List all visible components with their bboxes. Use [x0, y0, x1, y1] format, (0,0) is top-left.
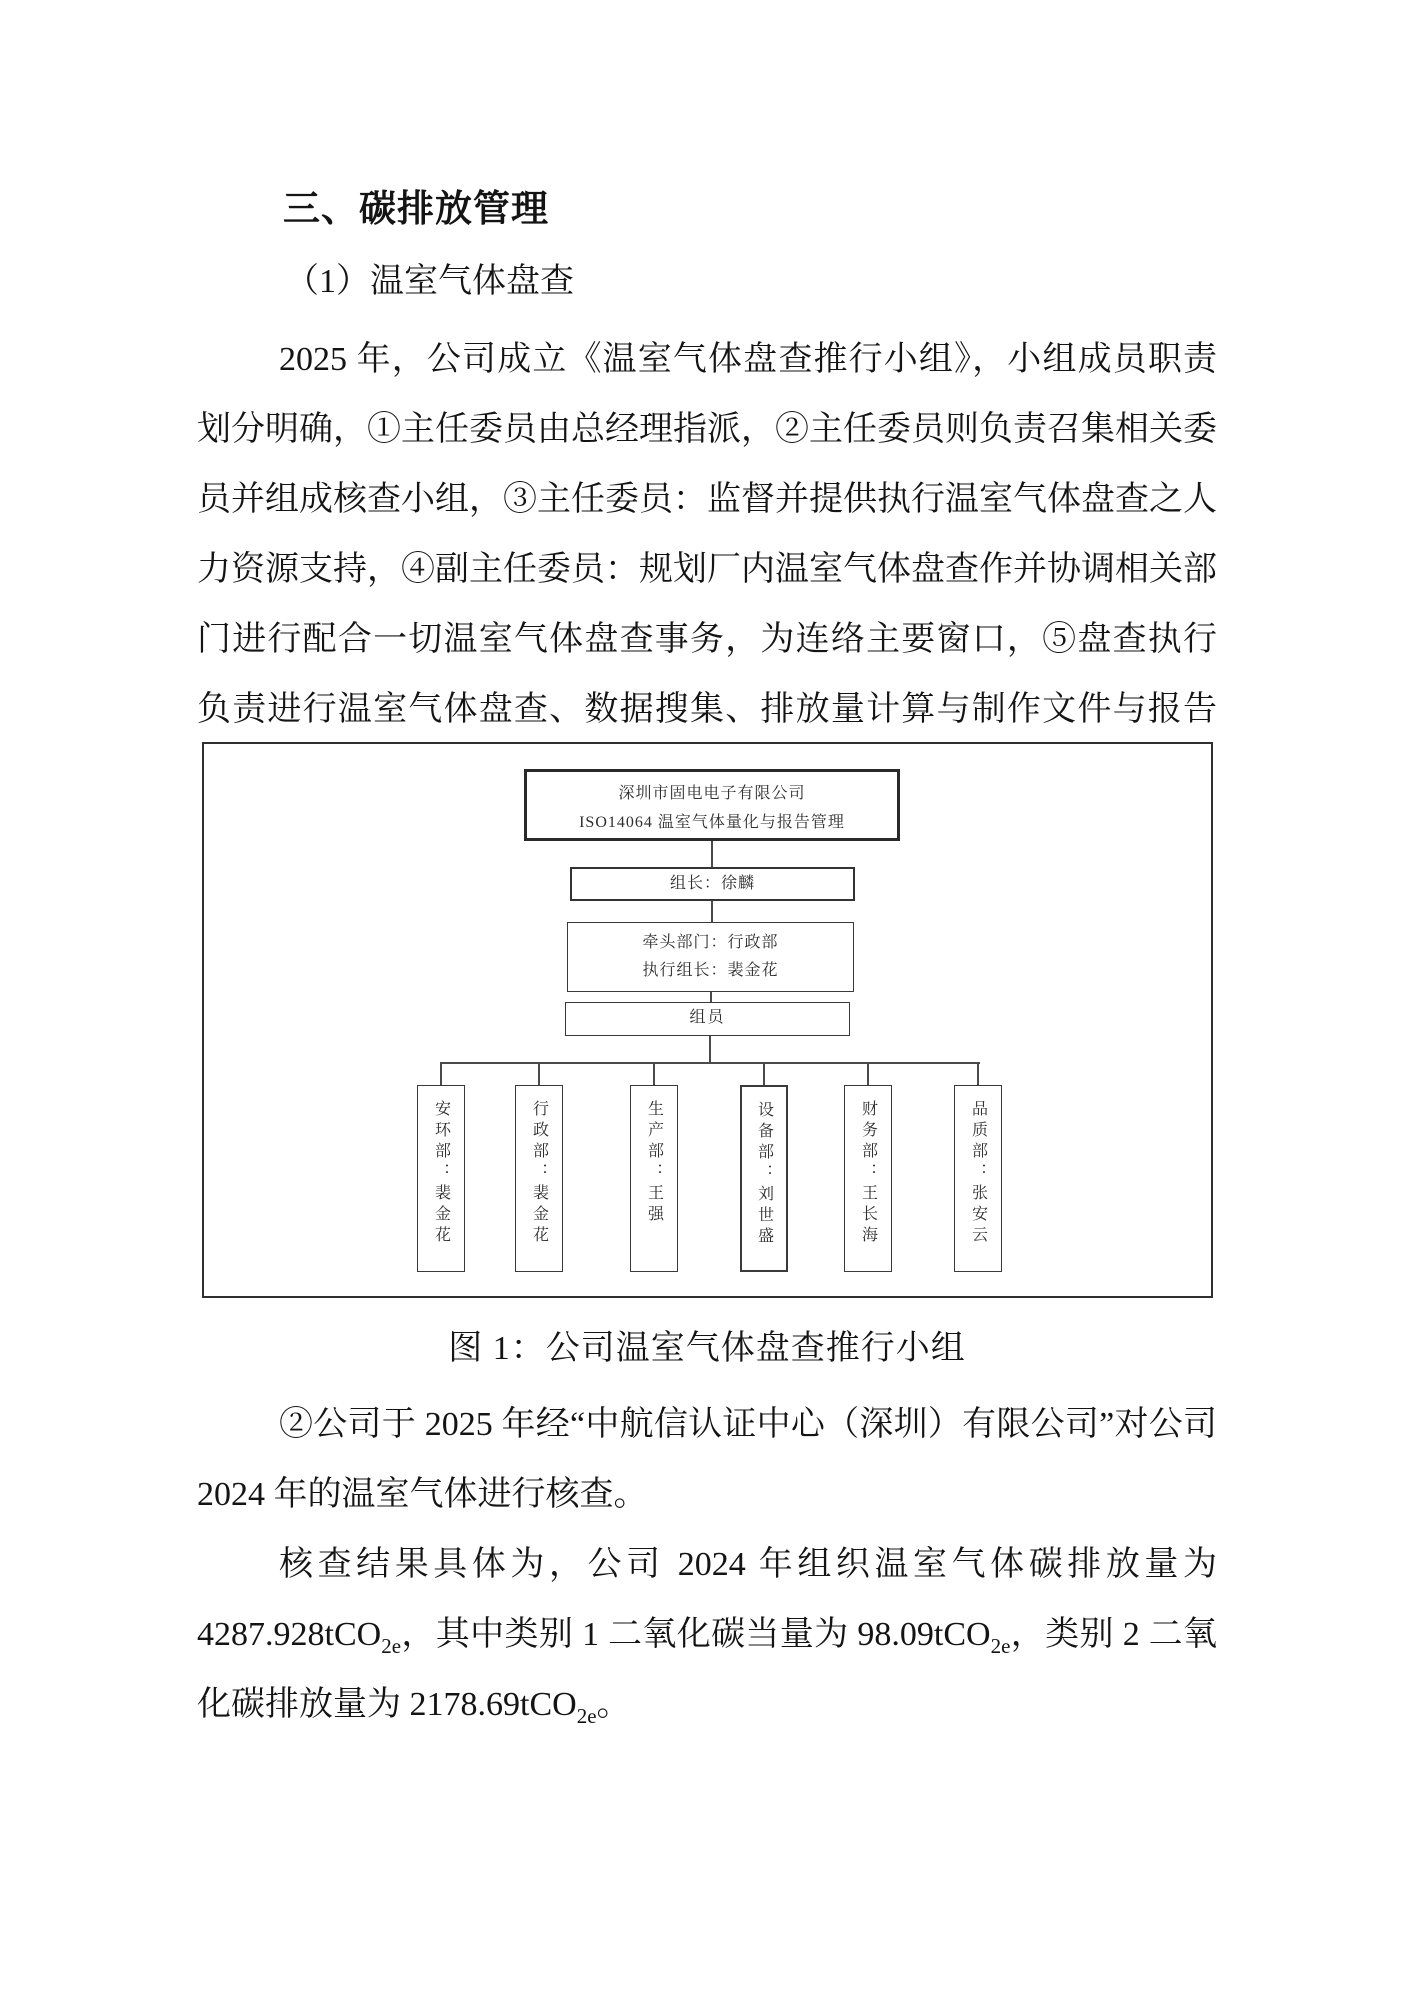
sub-heading: （1）温室气体盘查 — [197, 258, 1217, 306]
emission-cat1: ，其中类别 1 二氧化碳当量为 98.09tCO — [401, 1616, 991, 1653]
org-chart-figure: 深圳市固电电子有限公司 ISO14064 温室气体量化与报告管理 组长：徐麟 牵… — [202, 742, 1213, 1298]
member-label: 行政部：裴金花 — [528, 1100, 551, 1247]
connector-line — [440, 1062, 442, 1085]
org-chart-lead-dept-box: 牵头部门：行政部 执行组长：裴金花 — [567, 922, 854, 992]
body-line: 门进行配合一切温室气体盘查事务，为连络主要窗口，⑤盘查执行组： — [197, 605, 1217, 675]
emission-cat2: 化碳排放量为 2178.69tCO — [197, 1686, 577, 1723]
org-chart-member-box: 安环部：裴金花 — [417, 1085, 465, 1272]
emission-total: 4287.928tCO — [197, 1616, 381, 1653]
chart-system-title: ISO14064 温室气体量化与报告管理 — [527, 808, 897, 837]
body-line: 员并组成核查小组，③主任委员：监督并提供执行温室气体盘查之人 — [197, 465, 1217, 535]
member-label: 安环部：裴金花 — [430, 1100, 453, 1247]
body-line: 化碳排放量为 2178.69tCO2e。 — [197, 1670, 1217, 1740]
connector-line — [711, 841, 713, 867]
exec-leader-line: 执行组长：裴金花 — [568, 957, 853, 985]
body-line: 2025 年，公司成立《温室气体盘查推行小组》，小组成员职责 — [197, 325, 1217, 395]
emission-cat2-lead: ，类别 2 二氧 — [1010, 1616, 1217, 1653]
connector-line — [977, 1062, 979, 1085]
co2e-subscript: 2e — [381, 1634, 401, 1658]
sentence-end: 。 — [597, 1686, 631, 1723]
co2e-subscript: 2e — [991, 1634, 1011, 1658]
org-chart-members-box: 组员 — [565, 1002, 850, 1036]
connector-line — [710, 992, 712, 1002]
connector-line — [709, 1036, 711, 1062]
body-line: ②公司于 2025 年经“中航信认证中心（深圳）有限公司”对公司 — [197, 1390, 1217, 1460]
connector-line — [441, 1062, 980, 1064]
connector-line — [867, 1062, 869, 1085]
org-chart-leader-box: 组长：徐麟 — [570, 867, 855, 901]
body-line: 核查结果具体为，公司 2024 年组织温室气体碳排放量为 — [197, 1530, 1217, 1600]
member-label: 生产部：王强 — [643, 1100, 666, 1226]
member-label: 品质部：张安云 — [967, 1100, 990, 1247]
document-page: 三、碳排放管理 （1）温室气体盘查 2025 年，公司成立《温室气体盘查推行小组… — [0, 0, 1414, 2000]
body-line: 4287.928tCO2e，其中类别 1 二氧化碳当量为 98.09tCO2e，… — [197, 1600, 1217, 1670]
paragraph-results: 核查结果具体为，公司 2024 年组织温室气体碳排放量为 4287.928tCO… — [197, 1530, 1217, 1740]
member-label: 财务部：王长海 — [857, 1100, 880, 1247]
section-heading: 三、碳排放管理 — [197, 186, 1217, 234]
org-chart-member-box: 行政部：裴金花 — [515, 1085, 563, 1272]
figure-caption: 图 1：公司温室气体盘查推行小组 — [197, 1326, 1217, 1372]
body-line: 2024 年的温室气体进行核查。 — [197, 1460, 1217, 1530]
org-chart-member-box: 品质部：张安云 — [954, 1085, 1002, 1272]
co2e-subscript: 2e — [577, 1704, 597, 1728]
paragraph-ghg-team: 2025 年，公司成立《温室气体盘查推行小组》，小组成员职责 划分明确，①主任委… — [197, 325, 1217, 745]
lead-dept-line: 牵头部门：行政部 — [568, 929, 853, 957]
org-chart-member-box: 设备部：刘世盛 — [740, 1085, 788, 1272]
member-label: 设备部：刘世盛 — [753, 1101, 776, 1248]
body-line: 负责进行温室气体盘查、数据搜集、排放量计算与制作文件与报告书。 — [197, 675, 1217, 745]
company-name: 深圳市固电电子有限公司 — [527, 779, 897, 808]
connector-line — [763, 1062, 765, 1085]
body-line: 划分明确，①主任委员由总经理指派，②主任委员则负责召集相关委 — [197, 395, 1217, 465]
org-chart-member-box: 财务部：王长海 — [844, 1085, 892, 1272]
connector-line — [711, 901, 713, 922]
paragraph-verification: ②公司于 2025 年经“中航信认证中心（深圳）有限公司”对公司 2024 年的… — [197, 1390, 1217, 1530]
body-line: 力资源支持，④副主任委员：规划厂内温室气体盘查作并协调相关部 — [197, 535, 1217, 605]
connector-line — [538, 1062, 540, 1085]
org-chart-root-box: 深圳市固电电子有限公司 ISO14064 温室气体量化与报告管理 — [524, 769, 900, 841]
connector-line — [653, 1062, 655, 1085]
org-chart-member-box: 生产部：王强 — [630, 1085, 678, 1272]
